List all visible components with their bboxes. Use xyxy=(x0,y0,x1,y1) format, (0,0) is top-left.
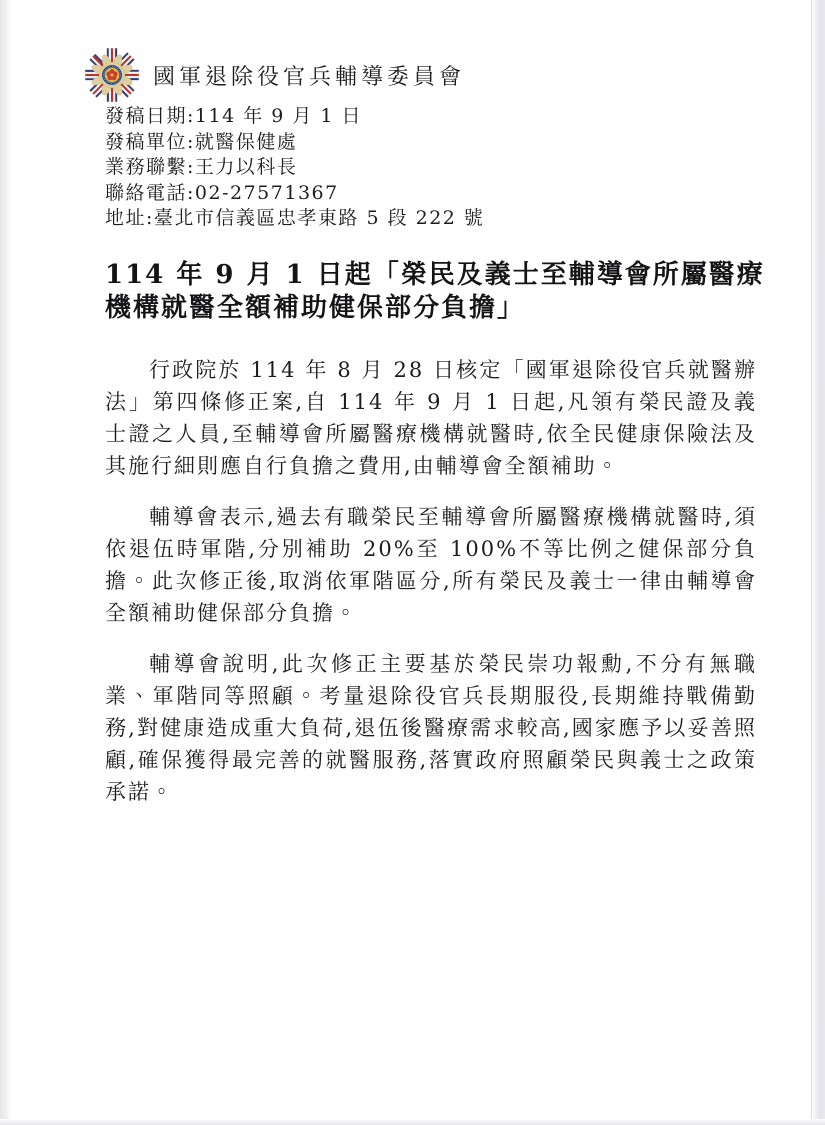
meta-line-contact-phone: 聯絡電話:02-27571367 xyxy=(105,181,484,207)
paragraph-1: 行政院於 114 年 8 月 28 日核定「國軍退除役官兵就醫辦法」第四條修正案… xyxy=(105,354,757,482)
emblem-center xyxy=(102,65,122,85)
press-release-page: 國軍退除役官兵輔導委員會 發稿日期:114 年 9 月 1 日 發稿單位:就醫保… xyxy=(0,0,825,1125)
meta-line-release-unit: 發稿單位:就醫保健處 xyxy=(105,130,484,156)
press-title: 114 年 9 月 1 日起「榮民及義士至輔導會所屬醫療 機構就醫全額補助健保部… xyxy=(105,259,775,325)
page-edge-bottom xyxy=(0,1119,825,1125)
paragraph-3: 輔導會說明,此次修正主要基於榮民崇功報勳,不分有無職業、軍階同等照顧。考量退除役… xyxy=(105,648,757,808)
press-title-line-2: 機構就醫全額補助健保部分負擔」 xyxy=(105,292,775,325)
org-name: 國軍退除役官兵輔導委員會 xyxy=(153,60,465,91)
paragraph-2: 輔導會表示,過去有職榮民至輔導會所屬醫療機構就醫時,須依退伍時軍階,分別補助 2… xyxy=(105,501,757,629)
vac-medal-emblem-icon xyxy=(84,46,140,104)
press-body: 行政院於 114 年 8 月 28 日核定「國軍退除役官兵就醫辦法」第四條修正案… xyxy=(105,354,757,827)
org-header: 國軍退除役官兵輔導委員會 xyxy=(84,46,465,104)
page-edge-right xyxy=(811,0,825,1125)
page-edge-left xyxy=(0,0,11,1125)
press-meta-block: 發稿日期:114 年 9 月 1 日 發稿單位:就醫保健處 業務聯繫:王力以科長… xyxy=(105,104,484,232)
meta-line-release-date: 發稿日期:114 年 9 月 1 日 xyxy=(105,104,484,130)
meta-line-address: 地址:臺北市信義區忠孝東路 5 段 222 號 xyxy=(105,206,484,232)
press-title-line-1: 114 年 9 月 1 日起「榮民及義士至輔導會所屬醫療 xyxy=(105,259,775,292)
meta-line-contact-person: 業務聯繫:王力以科長 xyxy=(105,155,484,181)
